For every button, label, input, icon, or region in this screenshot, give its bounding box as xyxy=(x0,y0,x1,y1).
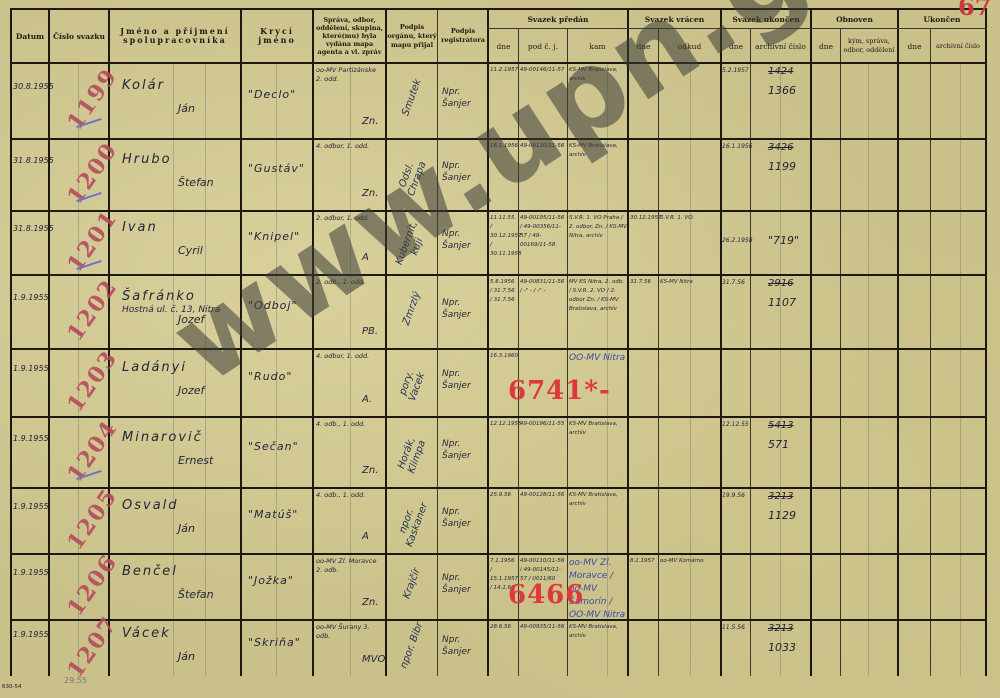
sprava-mark: Zn. xyxy=(362,465,378,476)
svazek-number-stamp: 1204 xyxy=(62,415,123,487)
cover-name: "Knipel" xyxy=(248,230,300,243)
signature-organ: Zmrzlý xyxy=(397,280,426,336)
given-name: Štefan xyxy=(178,176,214,189)
svazek-number-stamp: 1203 xyxy=(62,345,123,417)
ukoncen-dne: 19.9.56 xyxy=(722,491,750,500)
given-name: Ján xyxy=(178,102,195,115)
ukoncen-dne: 16.1.1956 xyxy=(722,142,750,151)
svazek-number-stamp: 1201 xyxy=(62,205,123,277)
subheader-dne: dne xyxy=(722,30,750,62)
surname: Benčel xyxy=(122,564,178,579)
archive-number-struck: 3213 xyxy=(768,623,793,634)
given-name: Ján xyxy=(178,522,195,535)
cover-name: "Gustáv" xyxy=(248,162,305,175)
datum: 1.9.1955 xyxy=(13,630,49,639)
predan-dne: 16.3.1960 xyxy=(490,352,518,361)
signature-registrator: Npr. Šanjer xyxy=(442,86,486,110)
table-row: 1.9.19551203LadányiJozef"Rudo"4. odbor, … xyxy=(10,348,985,416)
predan-kam: KS-MV Bratislava, archív xyxy=(569,420,627,438)
ukoncen-dne: 31.7.56 xyxy=(722,278,750,287)
ukoncen-dne: 12.12.55 xyxy=(722,420,750,429)
signature-organ: Krajčír xyxy=(397,555,426,611)
given-name: Jozef xyxy=(178,384,204,397)
form-number: 630-54 xyxy=(2,684,21,690)
surname: Šafránko xyxy=(122,289,196,304)
svazek-number-stamp: 1199 xyxy=(62,63,123,135)
signature-organ: Odsl. Chrapa xyxy=(392,147,432,207)
predan-cj: 49-00196/11-55 xyxy=(520,420,567,429)
subheader-pod-cj: pod č. j. xyxy=(519,30,567,62)
datum: 1.9.1955 xyxy=(13,364,49,373)
sprava-odbor: oo-MV Zl. Moravce 2. odb. xyxy=(316,557,382,575)
sprava-odbor: oo-MV Partizánske 2. odd. xyxy=(316,66,382,84)
archive-number: 1129 xyxy=(768,509,796,522)
datum: 1.9.1955 xyxy=(13,502,49,511)
cover-name: "Declo" xyxy=(248,88,296,101)
archive-number: 1107 xyxy=(768,296,796,309)
predan-dne: 12.12.1955 xyxy=(490,420,518,429)
predan-kam: KS-MV Bratislava, archív xyxy=(569,623,627,641)
red-stamp-number: 6466 xyxy=(508,580,584,610)
datum: 1.9.1955 xyxy=(13,434,49,443)
subheader-kam: kam xyxy=(568,30,627,62)
registration-ledger-page: Datum Číslo svazku Jméno a příjmení spol… xyxy=(10,8,985,676)
datum: 1.9.1955 xyxy=(13,568,49,577)
pencil-note: 29.55 xyxy=(64,676,87,685)
predan-kam: OO-MV Nitra xyxy=(569,352,627,365)
cover-name: "Jožka" xyxy=(248,574,294,587)
datum: 1.9.1955 xyxy=(13,293,49,302)
sprava-odbor: 2. odb., 1. odd. xyxy=(316,278,382,287)
svazek-number-stamp: 1207 xyxy=(62,611,123,683)
signature-registrator: Npr. Šanjer xyxy=(442,368,486,392)
svazek-number-stamp: 1206 xyxy=(62,549,123,621)
cover-name: "Rudo" xyxy=(248,370,292,383)
predan-cj: 49-00128/11-56 xyxy=(520,491,567,500)
vracen-dne: 30.12.1957 xyxy=(630,214,658,223)
ukoncen-dne: 11.5.56 xyxy=(722,623,750,632)
datum: 31.8.1955 xyxy=(13,156,49,165)
header-podpis-registratora: Podpis registrátora xyxy=(439,10,487,62)
datum: 30.8.1955 xyxy=(13,82,49,91)
table-row: 31.8.19551201IvanCyril"Knipel"2. odbor, … xyxy=(10,210,985,274)
page-corner-number: 67 xyxy=(958,0,991,21)
archive-number-struck: 3426 xyxy=(768,142,793,153)
sprava-mark: MVO xyxy=(362,654,385,665)
table-row: 1.9.19551205OsvaldJán"Matúš"4. odb., 1. … xyxy=(10,487,985,553)
cover-name: "Matúš" xyxy=(248,508,298,521)
sprava-odbor: oo-MV Šurany 3. odb. xyxy=(316,623,382,641)
predan-dne: 11.2.1957 xyxy=(490,66,518,75)
surname: Hrubo xyxy=(122,152,172,167)
surname: Kolár xyxy=(122,78,165,93)
border-right xyxy=(985,8,987,676)
archive-number-struck: 3213 xyxy=(768,491,793,502)
table-row: 1.9.19551206BenčelŠtefan"Jožka"oo-MV Zl.… xyxy=(10,553,985,619)
surname: Minarovič xyxy=(122,430,203,445)
archive-number: 571 xyxy=(768,438,789,451)
table-row: 31.8.19551200HruboŠtefan"Gustáv"4. odbor… xyxy=(10,138,985,210)
sprava-mark: A xyxy=(362,531,369,542)
predan-dne: 11.11.55. / 30.12.1957 / 30.11.1958 xyxy=(490,214,518,259)
signature-registrator: Npr. Šanjer xyxy=(442,572,486,596)
cover-name: "Sečan" xyxy=(248,440,299,453)
address: Hostná ul. č. 13, Nitra xyxy=(122,305,232,315)
header-svazek-predan: Svazek předán xyxy=(489,10,627,28)
table-row: 1.9.19551207VácekJán"Skriňa"oo-MV Šurany… xyxy=(10,619,985,676)
ukoncen-dne: 5.2.1957 xyxy=(722,66,750,75)
predan-kam: KS-MV Bratislava, archív xyxy=(569,491,627,509)
sprava-mark: Zn. xyxy=(362,116,378,127)
subheader-dne: dne xyxy=(629,30,658,62)
predan-kam: KS-MV Bratislava, archív xyxy=(569,66,627,84)
header-obnoven: Obnoven xyxy=(812,10,897,28)
given-name: Ján xyxy=(178,650,195,663)
signature-registrator: Npr. Šanjer xyxy=(442,506,486,530)
header-sprava: Správa, odbor, oddělení, skupina, které(… xyxy=(314,10,385,62)
subheader-archivni-cislo: archivní číslo xyxy=(931,30,985,62)
sprava-mark: Zn. xyxy=(362,188,378,199)
signature-organ: npor. Bibr xyxy=(397,617,426,673)
surname: Osvald xyxy=(122,498,179,513)
header-podpis-organu: Podpis orgánu, který mapu přijal xyxy=(387,10,437,62)
predan-dne: 16.1.1956 xyxy=(490,142,518,151)
signature-organ: pory. Vacek xyxy=(392,355,432,415)
cover-name: "Odboj" xyxy=(248,299,298,312)
header-datum: Datum xyxy=(12,10,48,62)
signature-registrator: Npr. Šanjer xyxy=(442,634,486,658)
subheader-odkud: odkud xyxy=(659,30,720,62)
archive-number: "719" xyxy=(768,234,799,247)
predan-kam: MV KS Nitra, 2. odb. / S.V.R. 2. VO / 2.… xyxy=(569,278,627,314)
subheader-dne: dne xyxy=(899,30,930,62)
vracen-odkud: oo-MV Komárno xyxy=(660,557,720,566)
header-cislo-svazku: Číslo svazku xyxy=(50,10,108,62)
datum: 31.8.1955 xyxy=(13,224,49,233)
vracen-odkud: KS-MV Nitra xyxy=(660,278,720,287)
signature-organ: Smutek xyxy=(397,69,426,125)
header-svazek-vracen: Svazek vrácen xyxy=(629,10,720,28)
archive-number-struck: 2916 xyxy=(768,278,793,289)
sprava-mark: PB. xyxy=(362,326,378,337)
predan-dne: 5.6.1956 / 31.7.56 / 31.7.56 xyxy=(490,278,518,305)
surname: Ivan xyxy=(122,220,158,235)
sprava-mark: A. xyxy=(362,394,372,405)
header-kryci-jmeno: Krycí jméno xyxy=(242,10,312,62)
predan-cj: 49-00195/11-56 / 49-00356/11-57 / 49-001… xyxy=(520,214,567,250)
sprava-odbor: 2. odbor, 1. odd. xyxy=(316,214,382,223)
predan-cj: 49-00146/11-57 xyxy=(520,66,567,75)
vracen-odkud: S.V.R. 1. VO. xyxy=(660,214,720,223)
given-name: Štefan xyxy=(178,588,214,601)
signature-organ: Horák, Klimpa xyxy=(392,424,432,484)
sprava-odbor: 4. odb., 1. odd. xyxy=(316,491,382,500)
vracen-dne: 31.7.56 xyxy=(630,278,658,287)
predan-cj: 49-00831/11-56 / -" - / -" - xyxy=(520,278,567,296)
subheader-dne: dne xyxy=(812,30,840,62)
predan-dne: 25.9.56 xyxy=(490,491,518,500)
sprava-odbor: 4. odb., 1. odd. xyxy=(316,420,382,429)
table-row: 1.9.19551204MinarovičErnest"Sečan"4. odb… xyxy=(10,416,985,487)
predan-kam: KS-MV Bratislava, archív xyxy=(569,142,627,160)
subheader-archivni-cislo: archivní číslo xyxy=(751,30,810,62)
header-svazek-ukoncen: Svazek ukončen xyxy=(722,10,810,28)
subheader-divider xyxy=(487,28,987,29)
vracen-dne: 8.1.1957 xyxy=(630,557,658,566)
ukoncen-dne: 26.2.1958 xyxy=(722,236,750,245)
predan-dne: 28.6.56 xyxy=(490,623,518,632)
sprava-odbor: 4. odbor, 1. odd. xyxy=(316,142,382,151)
archive-number: 1199 xyxy=(768,160,796,173)
signature-registrator: Npr. Šanjer xyxy=(442,228,486,252)
subheader-dne: dne xyxy=(489,30,518,62)
archive-number: 1033 xyxy=(768,641,796,654)
signature-registrator: Npr. Šanjer xyxy=(442,438,486,462)
predan-cj: 49-00110/11-56 xyxy=(520,142,567,151)
signature-registrator: Npr. Šanjer xyxy=(442,297,486,321)
table-row: 1.9.19551202ŠafránkoJozefHostná ul. č. 1… xyxy=(10,274,985,348)
predan-cj: 49-00935/11-56 xyxy=(520,623,567,632)
sprava-odbor: 4. odbor, 1. odd. xyxy=(316,352,382,361)
signature-registrator: Npr. Šanjer xyxy=(442,160,486,184)
surname: Ladányi xyxy=(122,360,187,375)
svazek-number-stamp: 1205 xyxy=(62,483,123,555)
given-name: Cyril xyxy=(178,244,203,257)
surname: Vácek xyxy=(122,626,171,641)
subheader-kym-sprava: kým, správa, odbor, oddělení xyxy=(841,30,897,62)
svazek-number-stamp: 1200 xyxy=(62,137,123,209)
sprava-mark: Zn. xyxy=(362,597,378,608)
archive-number-struck: 1424 xyxy=(768,66,793,77)
archive-number: 1366 xyxy=(768,84,796,97)
given-name: Ernest xyxy=(178,454,213,467)
archive-number-struck: 5413 xyxy=(768,420,793,431)
sprava-mark: A xyxy=(362,252,369,263)
table-row: 30.8.19551199KolárJán"Declo"oo-MV Partiz… xyxy=(10,62,985,138)
cover-name: "Skriňa" xyxy=(248,636,301,649)
svazek-number-stamp: 1202 xyxy=(62,274,123,346)
red-stamp-number: 6741*- xyxy=(508,376,611,406)
signature-organ: npor. Kaskaner xyxy=(392,493,432,553)
predan-kam: S.V.R. 1. VO Praha / 2. odbor, Zn. / KS-… xyxy=(569,214,627,241)
signature-organ: Kubernit, kuji xyxy=(392,215,432,275)
header-jmeno: Jméno a příjmení spolupracovníka xyxy=(120,10,230,62)
